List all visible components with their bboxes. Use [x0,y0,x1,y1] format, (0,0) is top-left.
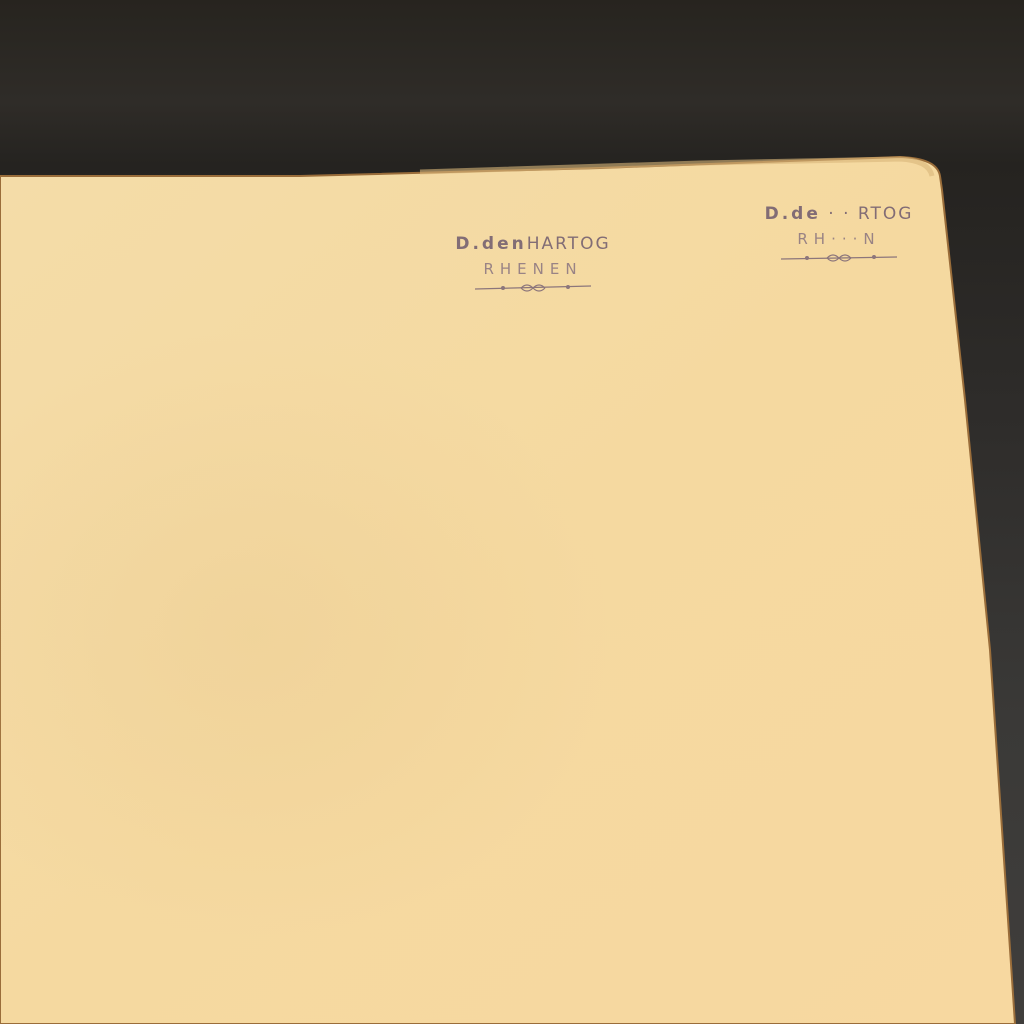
stamp-town: RH···N [724,230,954,248]
stamp-name-main: · · RTOG [821,204,914,224]
stamp-town: RHENEN [418,260,648,278]
flourish-ornament-icon [779,252,899,264]
photographer-stamp-offset: D.de · · RTOG RH···N [724,204,954,268]
stamp-name-prefix: D.de [765,204,821,224]
photographer-stamp-main: D.denHARTOG RHENEN [418,234,648,298]
stamp-name-main: HARTOG [527,234,611,254]
paper-card [0,0,1024,1024]
photo-scene: D.denHARTOG RHENEN D.de · · RTOG RH···N [0,0,1024,1024]
stamp-name-prefix: D.den [455,234,526,254]
flourish-ornament-icon [473,282,593,294]
